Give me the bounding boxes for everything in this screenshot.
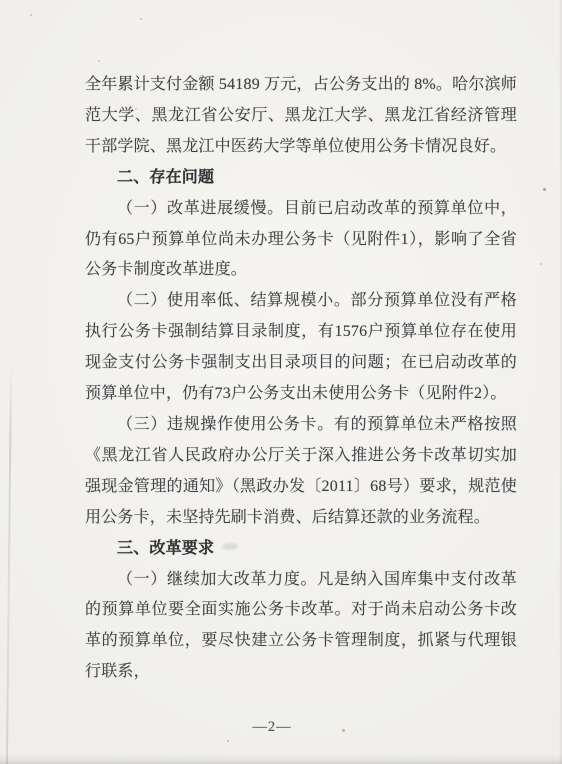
scan-speck	[227, 740, 229, 742]
scan-smudge	[222, 543, 238, 550]
scanned-document-page: 全年累计支付金额 54189 万元，占公务支出的 8%。哈尔滨师范大学、黑龙江省…	[0, 0, 562, 764]
scan-speck	[140, 18, 142, 20]
paragraph: （一）继续加大改革力度。凡是纳入国库集中支付改革的预算单位要全面实施公务卡改革。…	[85, 565, 517, 689]
section-heading: 三、改革要求	[85, 534, 517, 565]
scan-speck	[543, 188, 546, 191]
document-body: 全年累计支付金额 54189 万元，占公务支出的 8%。哈尔滨师范大学、黑龙江省…	[85, 70, 517, 688]
paragraph: 全年累计支付金额 54189 万元，占公务支出的 8%。哈尔滨师范大学、黑龙江省…	[85, 70, 517, 163]
scan-speck	[98, 60, 100, 62]
paragraph: （三）违规操作使用公务卡。有的预算单位未严格按照《黑龙江省人民政府办公厅关于深入…	[85, 410, 517, 534]
scan-speck	[540, 263, 542, 265]
scan-speck	[30, 14, 32, 16]
paragraph: （二）使用率低、结算规模小。部分预算单位没有严格执行公务卡强制结算目录制度，有1…	[85, 286, 517, 410]
paragraph: （一）改革进展缓慢。目前已启动改革的预算单位中，仍有65户预算单位尚未办理公务卡…	[85, 194, 517, 287]
page-number: —2—	[0, 719, 562, 736]
scan-bottom-edge-shadow	[0, 754, 562, 764]
section-heading: 二、存在问题	[85, 163, 517, 194]
scan-crease-line	[6, 365, 12, 764]
